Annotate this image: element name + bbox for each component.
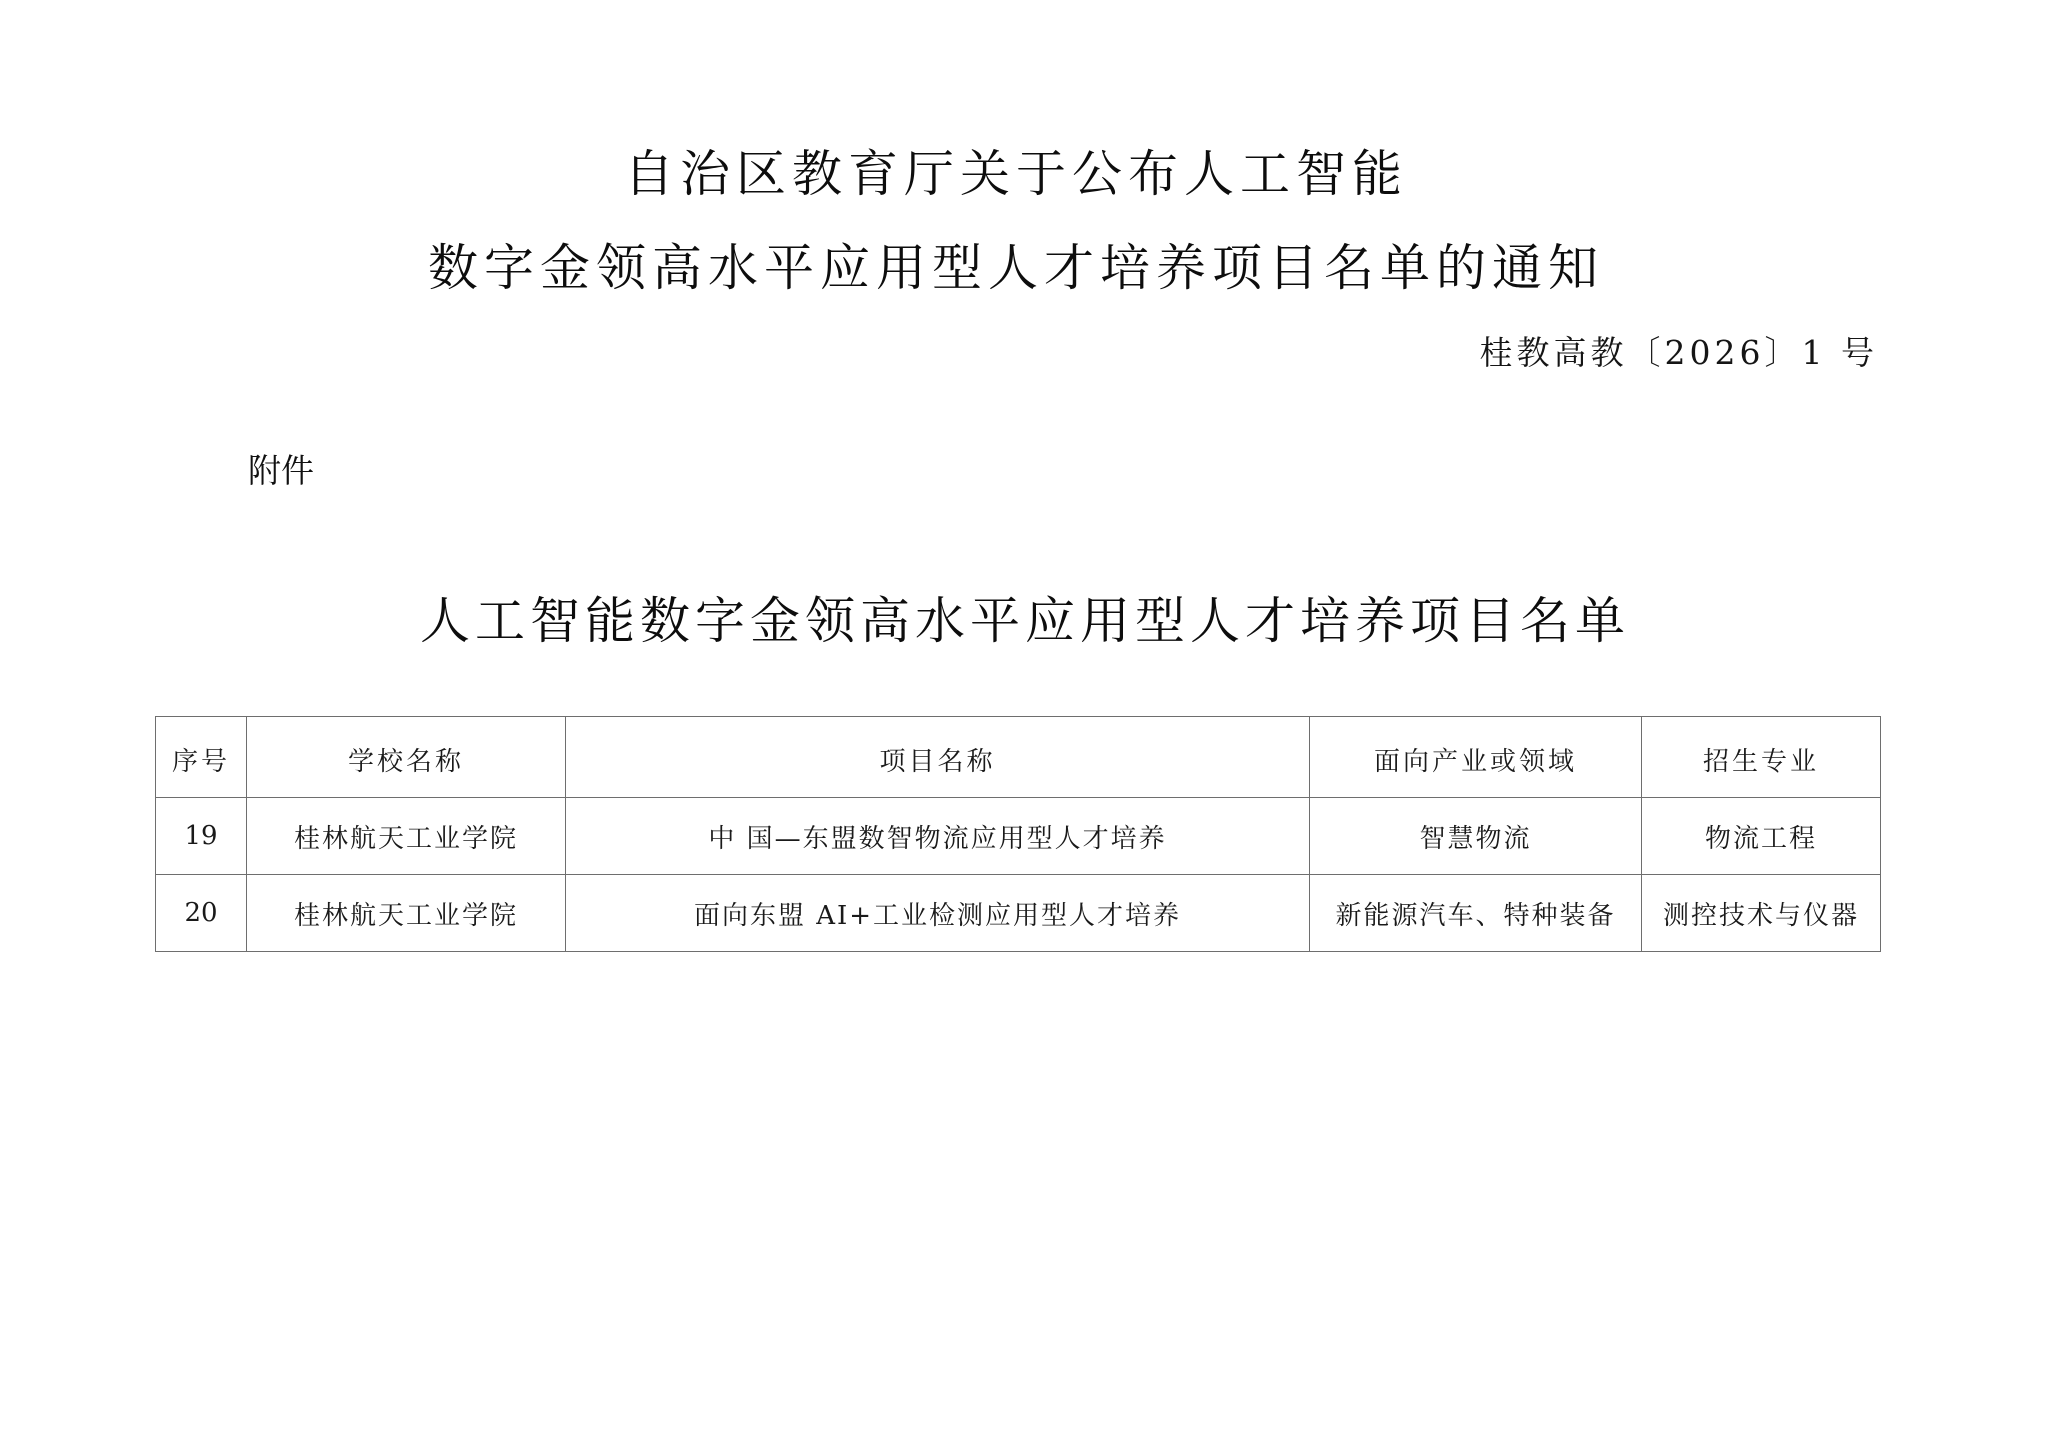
notice-title-line-1: 自治区教育厅关于公布人工智能 — [0, 144, 2040, 204]
cell-index: 20 — [156, 875, 247, 952]
attachment-label: 附件 — [248, 446, 314, 496]
cell-project: 面向东盟 AI+工业检测应用型人才培养 — [566, 875, 1310, 952]
document-number: 桂教高教〔2026〕1 号 — [1480, 328, 1878, 378]
cell-school: 桂林航天工业学院 — [247, 798, 566, 875]
list-title: 人工智能数字金领高水平应用型人才培养项目名单 — [420, 590, 1630, 652]
cell-industry: 新能源汽车、特种装备 — [1310, 875, 1642, 952]
cell-project: 中 国—东盟数智物流应用型人才培养 — [566, 798, 1310, 875]
cell-major: 测控技术与仪器 — [1642, 875, 1881, 952]
project-list-table: 序号 学校名称 项目名称 面向产业或领域 招生专业 19 桂林航天工业学院 中 … — [155, 716, 1881, 952]
column-header-industry: 面向产业或领域 — [1310, 717, 1642, 798]
column-header-index: 序号 — [156, 717, 247, 798]
cell-major: 物流工程 — [1642, 798, 1881, 875]
cell-school: 桂林航天工业学院 — [247, 875, 566, 952]
cell-index: 19 — [156, 798, 247, 875]
cell-industry: 智慧物流 — [1310, 798, 1642, 875]
table-header-row: 序号 学校名称 项目名称 面向产业或领域 招生专业 — [156, 717, 1881, 798]
column-header-major: 招生专业 — [1642, 717, 1881, 798]
table-row: 20 桂林航天工业学院 面向东盟 AI+工业检测应用型人才培养 新能源汽车、特种… — [156, 875, 1881, 952]
table-row: 19 桂林航天工业学院 中 国—东盟数智物流应用型人才培养 智慧物流 物流工程 — [156, 798, 1881, 875]
document-page: 自治区教育厅关于公布人工智能 数字金领高水平应用型人才培养项目名单的通知 桂教高… — [0, 0, 2048, 1448]
notice-title-line-2: 数字金领高水平应用型人才培养项目名单的通知 — [0, 238, 2040, 298]
column-header-project: 项目名称 — [566, 717, 1310, 798]
list-title-container: 人工智能数字金领高水平应用型人才培养项目名单 — [0, 590, 2048, 652]
column-header-school: 学校名称 — [247, 717, 566, 798]
